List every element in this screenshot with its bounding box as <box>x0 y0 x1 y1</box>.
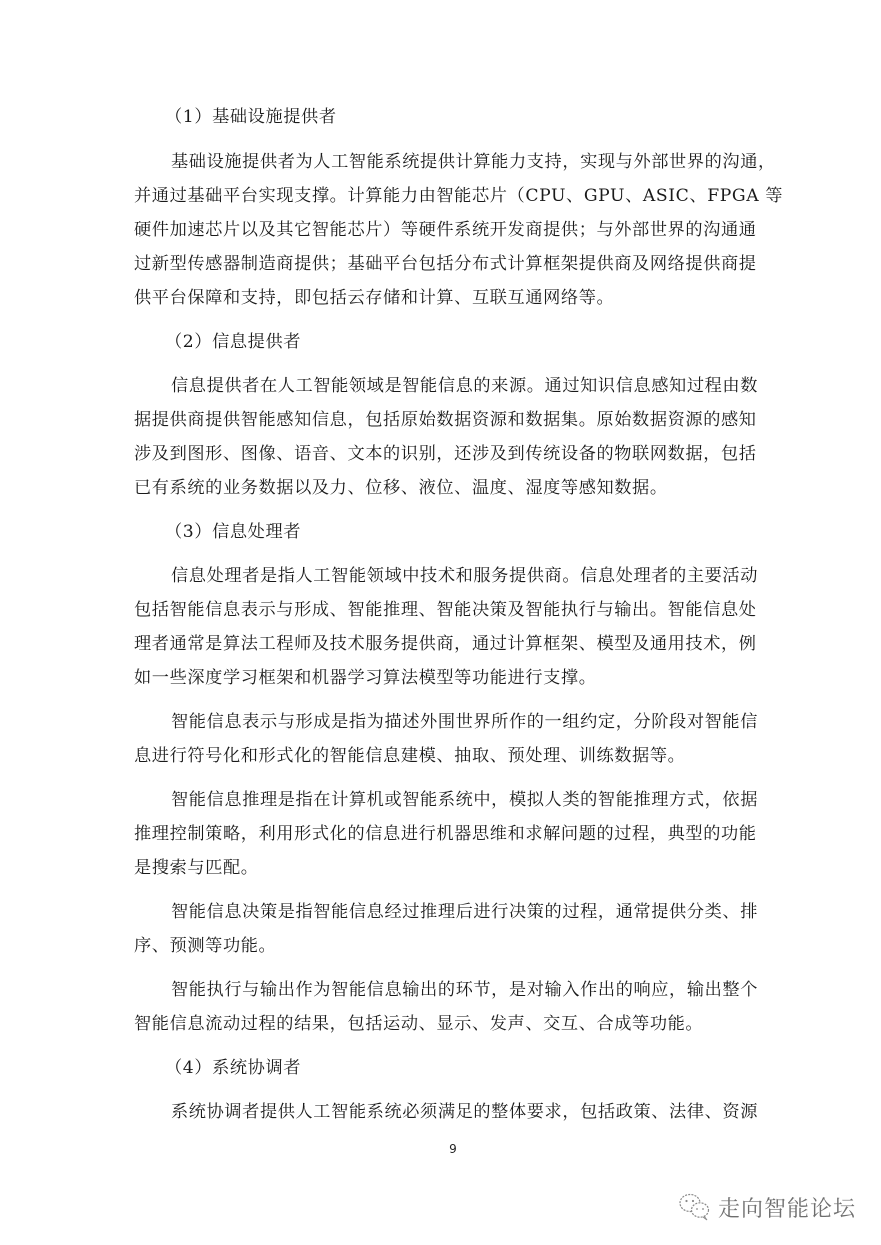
paragraph-line: 基础设施提供者为人工智能系统提供计算能力支持，实现与外部世界的沟通， <box>171 147 754 177</box>
page-number: 9 <box>0 1142 881 1156</box>
paragraph-line: 是搜索与匹配。 <box>134 853 754 883</box>
section-heading-2: （2）信息提供者 <box>165 327 301 357</box>
section-heading-4: （4）系统协调者 <box>165 1053 301 1083</box>
paragraph-line: 包括智能信息表示与形成、智能推理、智能决策及智能执行与输出。智能信息处 <box>134 595 754 625</box>
paragraph-line: 已有系统的业务数据以及力、位移、液位、温度、湿度等感知数据。 <box>134 473 754 503</box>
wechat-icon <box>678 1192 712 1222</box>
paragraph-line: 信息处理者是指人工智能领域中技术和服务提供商。信息处理者的主要活动 <box>171 561 754 591</box>
watermark-text: 走向智能论坛 <box>718 1192 856 1223</box>
paragraph-line: 智能信息流动过程的结果，包括运动、显示、发声、交互、合成等功能。 <box>134 1009 754 1039</box>
section-heading-3: （3）信息处理者 <box>165 517 301 547</box>
paragraph-line: 过新型传感器制造商提供；基础平台包括分布式计算框架提供商及网络提供商提 <box>134 249 754 279</box>
paragraph-line: 息进行符号化和形式化的智能信息建模、抽取、预处理、训练数据等。 <box>134 741 754 771</box>
paragraph-line: 序、预测等功能。 <box>134 931 754 961</box>
paragraph-line: 智能信息推理是指在计算机或智能系统中，模拟人类的智能推理方式，依据 <box>171 785 754 815</box>
paragraph-line: 并通过基础平台实现支撑。计算能力由智能芯片（CPU、GPU、ASIC、FPGA … <box>134 181 754 211</box>
paragraph-line: 系统协调者提供人工智能系统必须满足的整体要求，包括政策、法律、资源 <box>171 1097 754 1127</box>
watermark: 走向智能论坛 <box>678 1190 856 1224</box>
paragraph-line: 推理控制策略，利用形式化的信息进行机器思维和求解问题的过程，典型的功能 <box>134 819 754 849</box>
paragraph-line: 硬件加速芯片以及其它智能芯片）等硬件系统开发商提供；与外部世界的沟通通 <box>134 215 754 245</box>
paragraph-line: 理者通常是算法工程师及技术服务提供商，通过计算框架、模型及通用技术，例 <box>134 629 754 659</box>
paragraph-line: 智能执行与输出作为智能信息输出的环节，是对输入作出的响应，输出整个 <box>171 975 754 1005</box>
paragraph-line: 智能信息决策是指智能信息经过推理后进行决策的过程，通常提供分类、排 <box>171 897 754 927</box>
paragraph-line: 如一些深度学习框架和机器学习算法模型等功能进行支撑。 <box>134 663 754 693</box>
paragraph-line: 据提供商提供智能感知信息，包括原始数据资源和数据集。原始数据资源的感知 <box>134 405 754 435</box>
paragraph-line: 涉及到图形、图像、语音、文本的识别，还涉及到传统设备的物联网数据，包括 <box>134 439 754 469</box>
paragraph-line: 智能信息表示与形成是指为描述外围世界所作的一组约定，分阶段对智能信 <box>171 707 754 737</box>
section-heading-1: （1）基础设施提供者 <box>165 102 337 132</box>
paragraph-line: 供平台保障和支持，即包括云存储和计算、互联互通网络等。 <box>134 283 754 313</box>
document-page: （1）基础设施提供者 基础设施提供者为人工智能系统提供计算能力支持，实现与外部世… <box>0 0 881 1245</box>
paragraph-line: 信息提供者在人工智能领域是智能信息的来源。通过知识信息感知过程由数 <box>171 371 754 401</box>
